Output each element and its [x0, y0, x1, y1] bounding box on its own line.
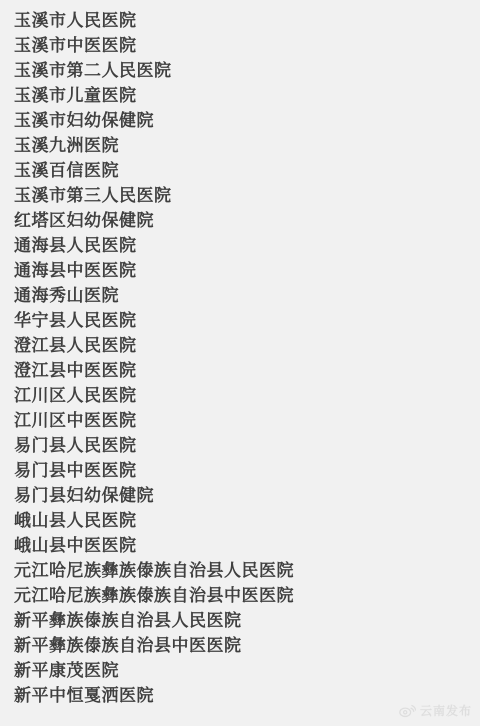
list-item: 玉溪百信医院: [14, 159, 480, 184]
list-item: 玉溪市儿童医院: [14, 84, 480, 109]
weibo-eye-icon: [398, 703, 416, 718]
watermark-text: 云南发布: [420, 702, 472, 719]
list-item: 华宁县人民医院: [14, 309, 480, 334]
hospital-list: 玉溪市人民医院玉溪市中医医院玉溪市第二人民医院玉溪市儿童医院玉溪市妇幼保健院玉溪…: [0, 0, 480, 709]
weibo-watermark: 云南发布: [398, 702, 472, 719]
list-item: 江川区中医医院: [14, 409, 480, 434]
list-item: 易门县人民医院: [14, 434, 480, 459]
list-item: 澄江县中医医院: [14, 359, 480, 384]
hospital-list-page: 玉溪市人民医院玉溪市中医医院玉溪市第二人民医院玉溪市儿童医院玉溪市妇幼保健院玉溪…: [0, 0, 480, 726]
list-item: 玉溪市中医医院: [14, 34, 480, 59]
list-item: 玉溪九洲医院: [14, 134, 480, 159]
list-item: 新平康茂医院: [14, 659, 480, 684]
list-item: 通海县中医医院: [14, 259, 480, 284]
list-item: 玉溪市人民医院: [14, 9, 480, 34]
list-item: 峨山县中医医院: [14, 534, 480, 559]
list-item: 澄江县人民医院: [14, 334, 480, 359]
list-item: 易门县妇幼保健院: [14, 484, 480, 509]
list-item: 红塔区妇幼保健院: [14, 209, 480, 234]
list-item: 通海秀山医院: [14, 284, 480, 309]
list-item: 玉溪市第二人民医院: [14, 59, 480, 84]
list-item: 通海县人民医院: [14, 234, 480, 259]
list-item: 元江哈尼族彝族傣族自治县人民医院: [14, 559, 480, 584]
list-item: 江川区人民医院: [14, 384, 480, 409]
list-item: 玉溪市妇幼保健院: [14, 109, 480, 134]
list-item: 易门县中医医院: [14, 459, 480, 484]
list-item: 新平彝族傣族自治县中医医院: [14, 634, 480, 659]
list-item: 玉溪市第三人民医院: [14, 184, 480, 209]
list-item: 峨山县人民医院: [14, 509, 480, 534]
list-item: 新平彝族傣族自治县人民医院: [14, 609, 480, 634]
list-item: 元江哈尼族彝族傣族自治县中医医院: [14, 584, 480, 609]
